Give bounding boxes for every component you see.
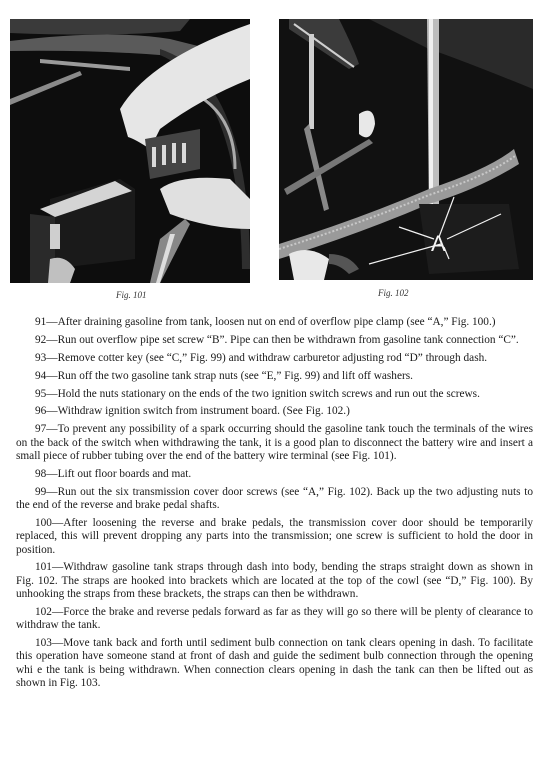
- instruction-103: 103—Move tank back and forth until sedim…: [16, 637, 533, 690]
- callout-a-label: A: [431, 231, 446, 256]
- figure-102-photo: A: [279, 19, 533, 280]
- instruction-91: 91—After draining gasoline from tank, lo…: [16, 316, 533, 329]
- instruction-93: 93—Remove cotter key (see “C,” Fig. 99) …: [16, 352, 533, 365]
- instruction-100: 100—After loosening the reverse and brak…: [16, 517, 533, 557]
- instruction-99: 99—Run out the six transmission cover do…: [16, 486, 533, 513]
- figure-101-caption: Fig. 101: [116, 290, 147, 300]
- ignition-switch-photo-image: [10, 19, 250, 283]
- instruction-101: 101—Withdraw gasoline tank straps throug…: [16, 561, 533, 601]
- instruction-96: 96—Withdraw ignition switch from instrum…: [16, 405, 533, 418]
- instruction-95: 95—Hold the nuts stationary on the ends …: [16, 388, 533, 401]
- instructions-body: 91—After draining gasoline from tank, lo…: [16, 316, 533, 695]
- instruction-92: 92—Run out overflow pipe set screw “B”. …: [16, 334, 533, 347]
- instruction-97: 97—To prevent any possibility of a spark…: [16, 423, 533, 463]
- instruction-102: 102—Force the brake and reverse pedals f…: [16, 606, 533, 633]
- figure-102-caption: Fig. 102: [378, 288, 409, 298]
- instruction-98: 98—Lift out floor boards and mat.: [16, 468, 533, 481]
- transmission-cover-photo-image: A: [279, 19, 533, 280]
- instruction-94: 94—Run off the two gasoline tank strap n…: [16, 370, 533, 383]
- figure-101-photo: [10, 19, 250, 283]
